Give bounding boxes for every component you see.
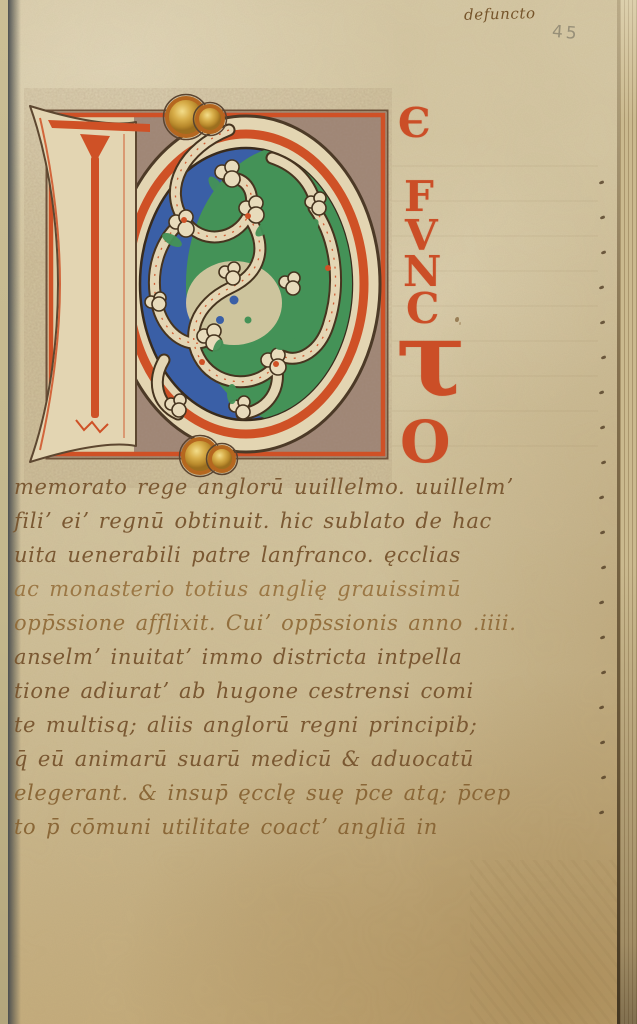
illuminated-initial-d <box>24 88 392 488</box>
top-margin-annotation: defuncto <box>464 4 536 24</box>
text-line: te multisq; aliis anglorū regni principi… <box>14 708 514 742</box>
text-line: anselmʼ inuitatʼ immo districta intpella <box>14 640 514 674</box>
text-line: uita uenerabili patre lanfranco. ęcclias <box>14 538 514 572</box>
text-line: q̄ eū animarū suarū medicū & aduocatū <box>14 742 514 776</box>
manuscript-page: defuncto 45 <box>0 0 637 1024</box>
text-line: to p̄ cōmuni utilitate coactʼ angliā in <box>14 810 514 844</box>
text-line: opp̄ssione afflixit. Cuiʼ opp̄ssionis an… <box>14 606 514 640</box>
text-line: elegerant. & insup̄ ęcclę suę p̄ce atq; … <box>14 776 514 810</box>
text-line: filiʼ eiʼ regnū obtinuit. hic sublato de… <box>14 504 514 538</box>
rubric-letter-t: τ <box>396 318 466 399</box>
text-line: memorato rege anglorū uuillelmo. uuillel… <box>14 470 514 504</box>
body-text: memorato rege anglorū uuillelmo. uuillel… <box>14 470 514 844</box>
text-line: tione adiuratʼ ab hugone cestrensi comi <box>14 674 514 708</box>
text-line: ac monasterio totius anglię grauissimū <box>14 572 514 606</box>
rubric-letter-e: Є <box>398 103 431 144</box>
corner-wear <box>470 860 637 1024</box>
stacked-page-edges <box>620 0 637 1024</box>
folio-number: 45 <box>551 22 580 44</box>
rubric-letter-o: O <box>400 413 451 471</box>
